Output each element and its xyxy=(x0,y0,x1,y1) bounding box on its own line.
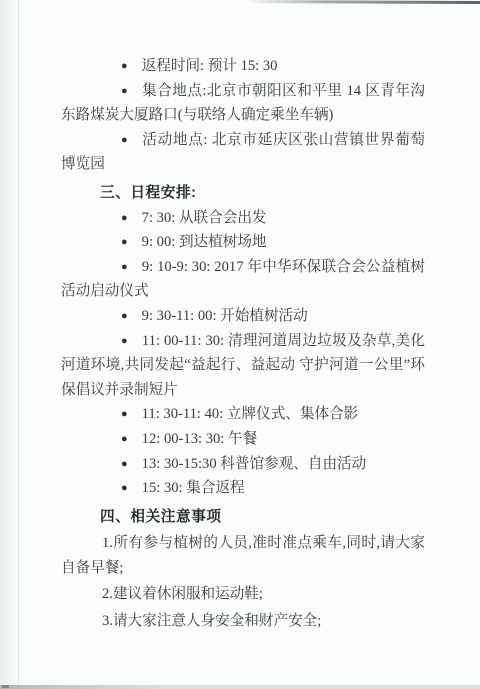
bullet-item-1330: ●13: 30-15:30 科普馆参观、自由活动 xyxy=(61,452,425,477)
bullet-icon: ● xyxy=(121,408,128,420)
scan-edge-bottom-artifact xyxy=(0,685,480,689)
bullet-icon: ● xyxy=(121,236,128,248)
bullet-text: 11: 30-11: 40: 立牌仪式、集体合影 xyxy=(142,406,359,422)
bullet-icon: ● xyxy=(121,458,128,470)
bullet-item-1130: ●11: 30-11: 40: 立牌仪式、集体合影 xyxy=(61,402,425,427)
document-body: ●返程时间: 预计 15: 30 ●集合地点:北京市朝阳区和平里 14 区青年沟… xyxy=(61,54,425,634)
bullet-text: 7: 30: 从联合会出发 xyxy=(142,210,267,226)
page: ●返程时间: 预计 15: 30 ●集合地点:北京市朝阳区和平里 14 区青年沟… xyxy=(0,0,480,689)
bullet-icon: ● xyxy=(121,335,128,347)
page-number: — 2 — xyxy=(0,613,480,628)
bullet-item-1530: ●15: 30: 集合返程 xyxy=(61,476,425,501)
bullet-item-0730: ●7: 30: 从联合会出发 xyxy=(61,206,425,231)
bullet-text: 集合地点:北京市朝阳区和平里 14 区青年沟东路煤炭大厦路口(与联络人确定乘坐车… xyxy=(61,83,425,124)
bullet-item-1100: ●11: 00-11: 30: 清理河道周边垃圾及杂草,美化河道环境,共同发起“… xyxy=(61,329,425,403)
bullet-text: 13: 30-15:30 科普馆参观、自由活动 xyxy=(142,456,367,472)
bullet-icon: ● xyxy=(121,482,128,494)
bullet-icon: ● xyxy=(121,433,128,445)
bullet-item-meeting-place: ●集合地点:北京市朝阳区和平里 14 区青年沟东路煤炭大厦路口(与联络人确定乘坐… xyxy=(61,79,425,128)
bullet-item-activity-place: ●活动地点: 北京市延庆区张山营镇世界葡萄博览园 xyxy=(61,128,425,177)
scan-edge-top-artifact xyxy=(244,0,480,4)
bullet-icon: ● xyxy=(121,134,128,146)
note-item-2: 2.建议着休闲服和运动鞋; xyxy=(61,582,425,607)
bullet-text: 9: 10-9: 30: 2017 年中华环保联合会公益植树活动启动仪式 xyxy=(61,259,425,300)
bullet-icon: ● xyxy=(121,85,128,97)
bullet-item-1200: ●12: 00-13: 30: 午餐 xyxy=(61,427,425,452)
bullet-text: 活动地点: 北京市延庆区张山营镇世界葡萄博览园 xyxy=(61,132,425,173)
section-heading-notes: 四、相关注意事项 xyxy=(61,505,425,530)
bullet-text: 返程时间: 预计 15: 30 xyxy=(142,58,278,74)
bullet-item-0930: ●9: 30-11: 00: 开始植树活动 xyxy=(61,304,425,329)
bullet-item-0910: ●9: 10-9: 30: 2017 年中华环保联合会公益植树活动启动仪式 xyxy=(61,255,425,304)
bullet-icon: ● xyxy=(121,60,128,72)
bullet-icon: ● xyxy=(121,310,128,322)
note-item-1: 1.所有参与植树的人员,准时准点乘车,同时,请大家自备早餐; xyxy=(61,531,425,580)
bullet-text: 15: 30: 集合返程 xyxy=(142,480,245,496)
bullet-text: 9: 30-11: 00: 开始植树活动 xyxy=(142,308,308,324)
bullet-text: 11: 00-11: 30: 清理河道周边垃圾及杂草,美化河道环境,共同发起“益… xyxy=(61,333,425,398)
bullet-text: 9: 00: 到达植树场地 xyxy=(142,234,267,250)
bullet-item-0900: ●9: 00: 到达植树场地 xyxy=(61,230,425,255)
scan-speck-artifact xyxy=(2,685,9,688)
bullet-icon: ● xyxy=(121,212,128,224)
scan-edge-left-artifact xyxy=(0,0,19,689)
bullet-item-return-time: ●返程时间: 预计 15: 30 xyxy=(61,54,425,79)
bullet-text: 12: 00-13: 30: 午餐 xyxy=(142,431,258,447)
bullet-icon: ● xyxy=(121,261,128,273)
section-heading-schedule: 三、日程安排: xyxy=(61,181,425,206)
